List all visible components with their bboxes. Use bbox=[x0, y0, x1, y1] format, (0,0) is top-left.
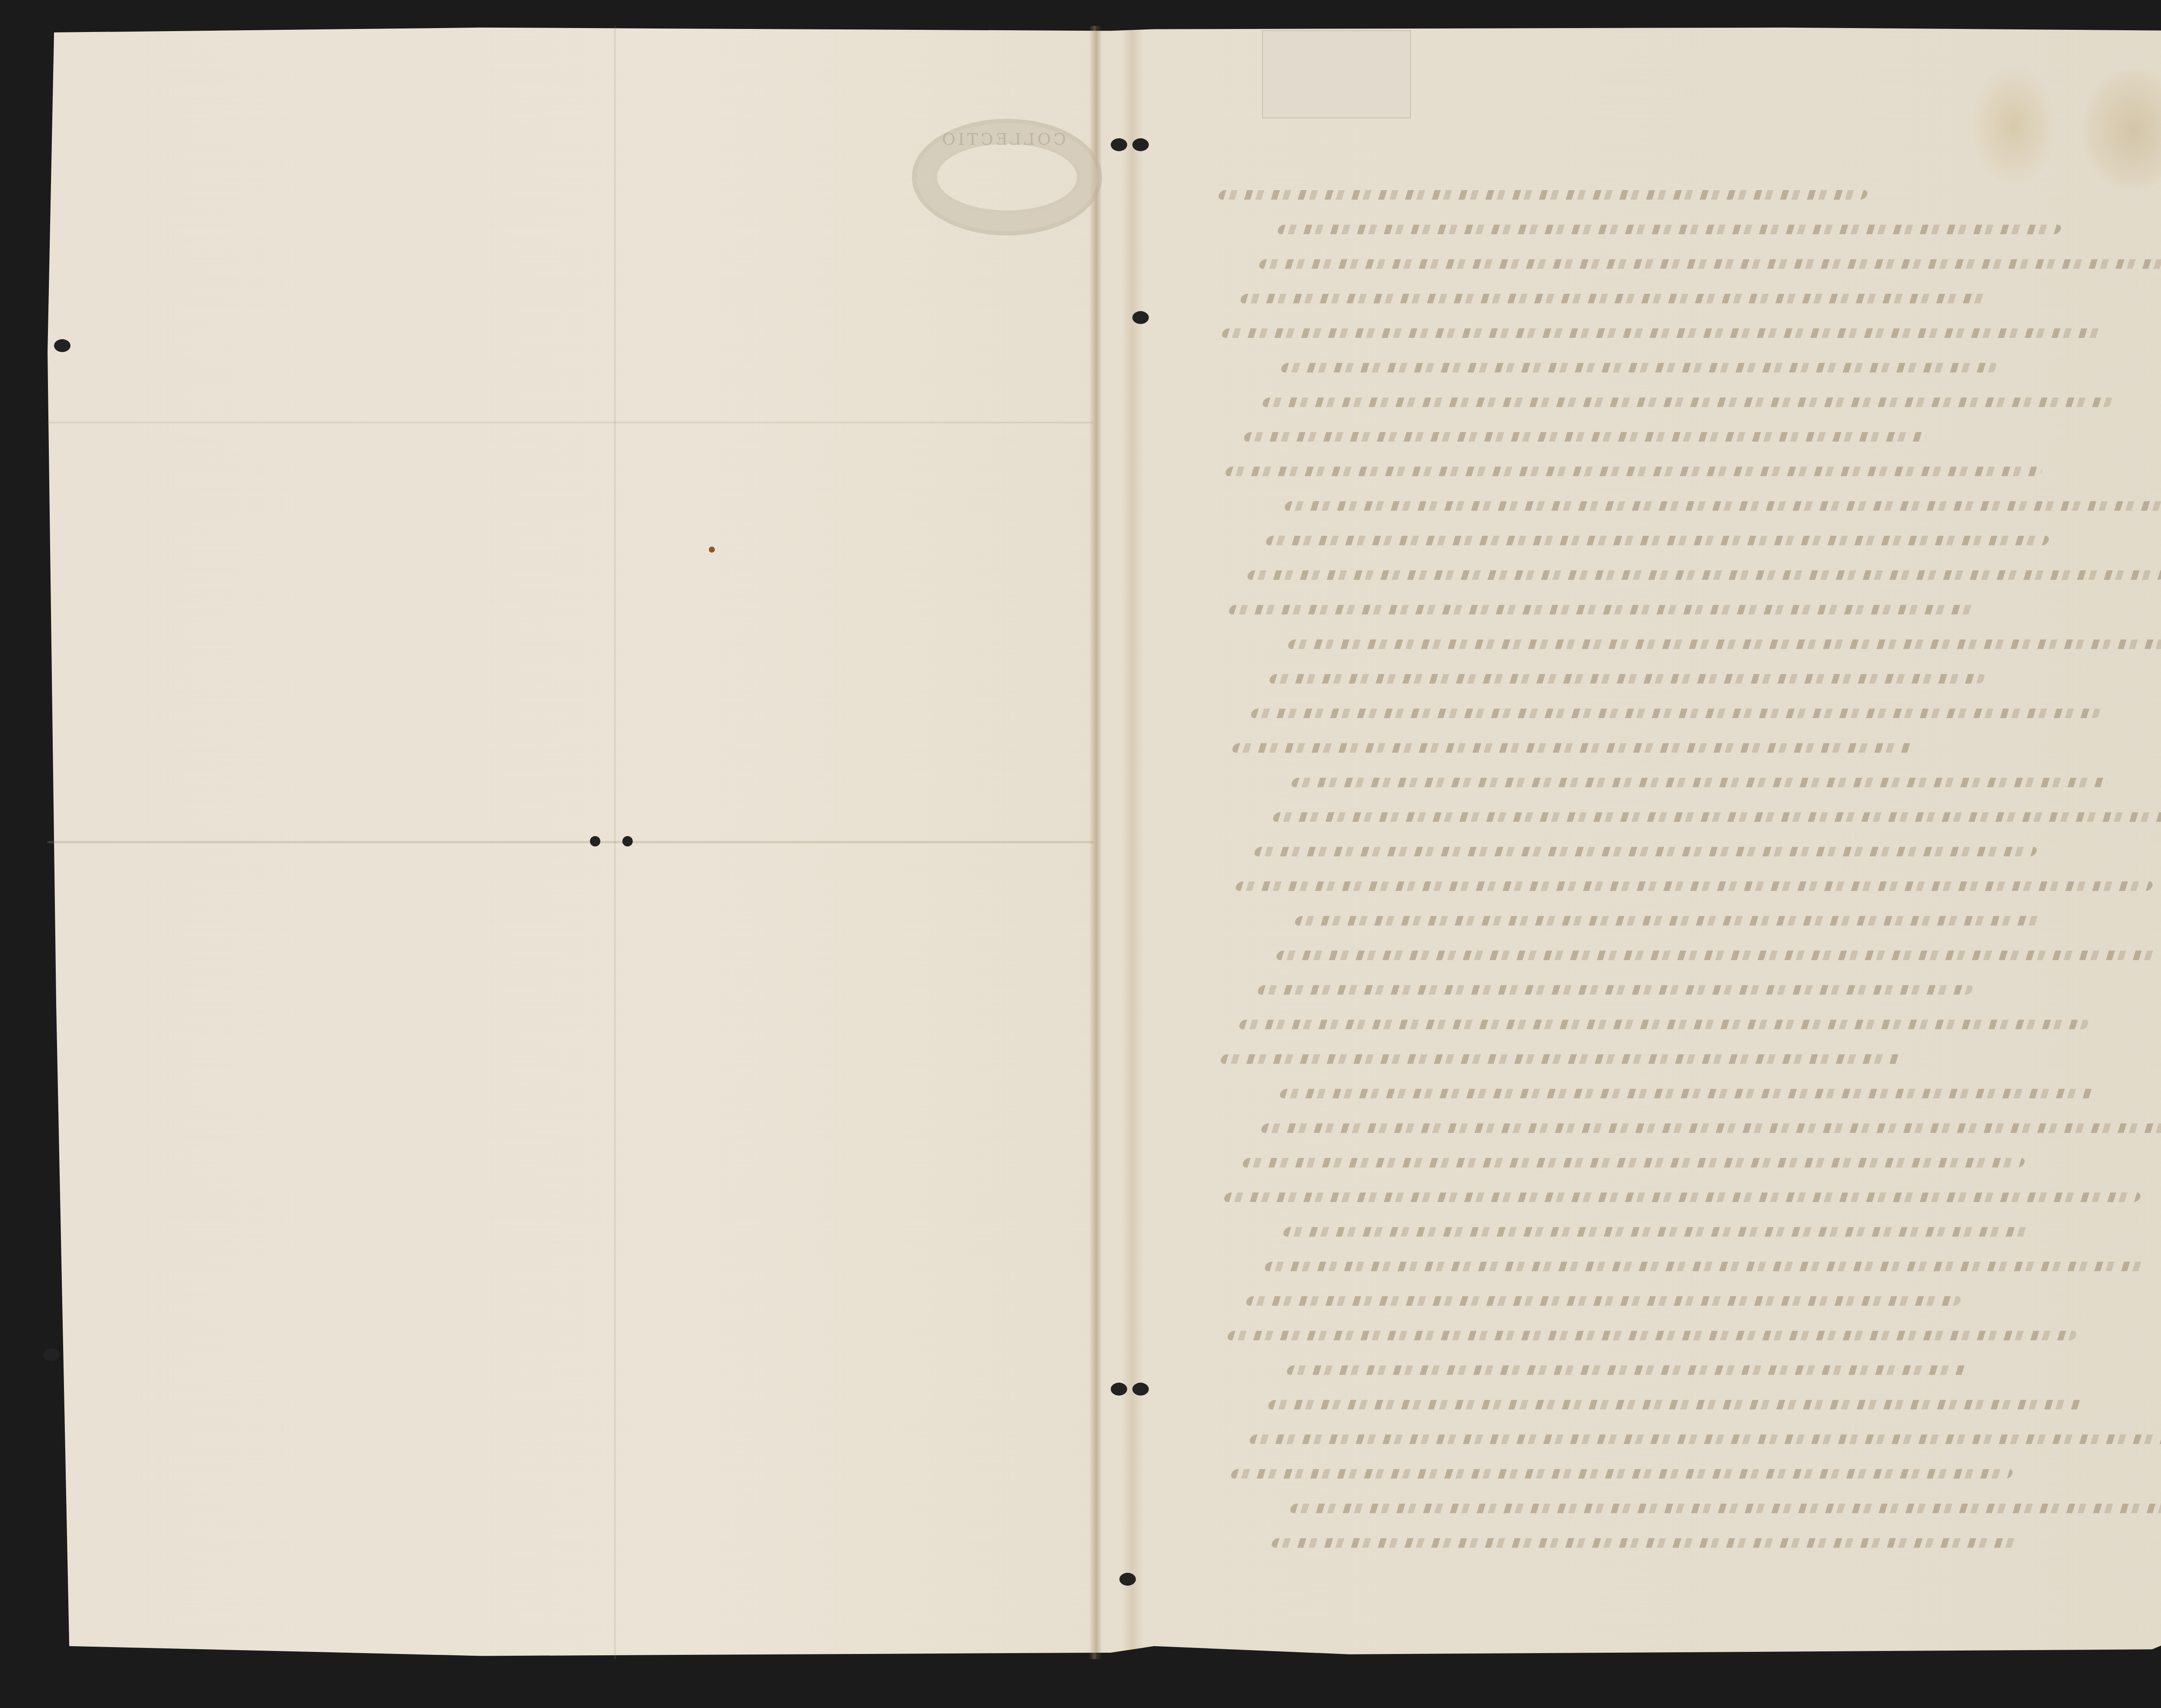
handwriting-line bbox=[1289, 1504, 2161, 1513]
horizontal-crease-upper bbox=[48, 421, 1093, 424]
handwriting-line bbox=[1261, 398, 2114, 407]
handwriting-line bbox=[1272, 812, 2161, 822]
handwriting-line bbox=[1238, 1020, 2090, 1029]
ink-blot bbox=[1111, 1383, 1127, 1396]
handwriting-line bbox=[1231, 743, 1915, 753]
ink-blot bbox=[1132, 311, 1149, 324]
handwriting-line bbox=[1267, 1400, 2085, 1409]
handwriting-line bbox=[1256, 985, 1974, 995]
handwriting-line bbox=[1294, 916, 2045, 926]
handwriting-line bbox=[1246, 570, 2161, 580]
handwriting-line bbox=[1253, 847, 2038, 856]
paper-tab bbox=[1262, 30, 1411, 118]
ink-blot bbox=[622, 836, 633, 846]
handwriting-line bbox=[1230, 1469, 2014, 1479]
handwriting-line bbox=[1221, 328, 2107, 338]
ink-blot bbox=[1132, 138, 1149, 151]
handwriting-line bbox=[1245, 1296, 1962, 1306]
handwriting-line bbox=[1270, 1538, 2021, 1548]
handwriting-line bbox=[1285, 1365, 1969, 1375]
ink-blot bbox=[1132, 1383, 1149, 1396]
rust-spot bbox=[709, 547, 715, 553]
handwriting-line bbox=[1223, 1193, 2142, 1202]
handwriting-line bbox=[1268, 674, 1986, 684]
handwriting-line bbox=[1265, 536, 2050, 545]
handwriting-line bbox=[1258, 259, 2161, 269]
handwriting-line bbox=[1263, 1262, 2148, 1271]
seal-impression-icon bbox=[2083, 69, 2161, 190]
handwriting-line bbox=[1219, 1054, 1903, 1064]
horizontal-crease-middle bbox=[48, 840, 1093, 844]
center-fold bbox=[1089, 26, 1102, 1659]
handwriting-line bbox=[1227, 605, 1979, 614]
handwriting-line bbox=[1278, 1089, 2097, 1098]
embossed-stamp-text: COLLECTIO bbox=[929, 130, 1076, 149]
handwriting-line bbox=[1276, 225, 2062, 234]
handwriting-line bbox=[1226, 1331, 2078, 1340]
handwriting-line bbox=[1217, 190, 1868, 200]
ink-blot bbox=[1111, 138, 1127, 151]
stain-mark bbox=[1971, 65, 2057, 186]
handwriting-line bbox=[1248, 1434, 2161, 1444]
handwriting-line bbox=[1290, 778, 2109, 787]
ink-blot bbox=[590, 836, 600, 846]
ink-blot bbox=[54, 339, 70, 352]
handwriting-line bbox=[1283, 501, 2161, 511]
handwriting-line bbox=[1260, 1123, 2161, 1133]
bleed-through-handwriting bbox=[1210, 190, 2161, 1616]
handwriting-line bbox=[1275, 951, 2161, 960]
handwriting-line bbox=[1234, 881, 2154, 891]
handwriting-line bbox=[1241, 1158, 2026, 1167]
handwriting-line bbox=[1243, 432, 1927, 442]
handwriting-line bbox=[1224, 467, 2043, 476]
vertical-crease-left-page bbox=[614, 26, 616, 1659]
handwriting-line bbox=[1239, 294, 1991, 303]
ink-blot bbox=[1119, 1573, 1136, 1586]
ink-blot bbox=[43, 1348, 60, 1361]
handwriting-line bbox=[1249, 709, 2102, 718]
handwriting-line bbox=[1280, 363, 1998, 372]
handwriting-line bbox=[1282, 1227, 2033, 1237]
handwriting-line bbox=[1287, 639, 2161, 649]
